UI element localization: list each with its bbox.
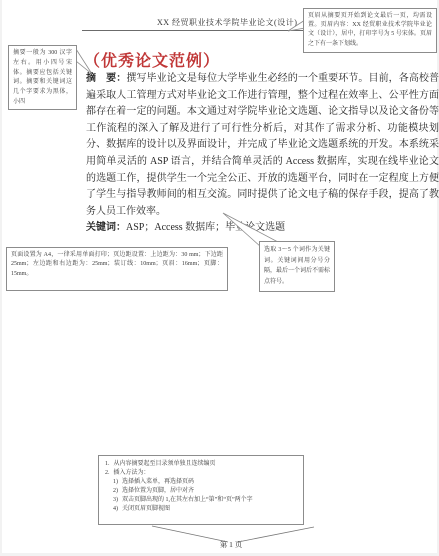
keywords-text: ASP；Access 数据库；毕业论文选题 — [126, 222, 285, 233]
page-header-title: XX 经贸职业技术学院毕业论文(设计) — [157, 17, 297, 28]
note-step-marker: 1) — [113, 478, 118, 487]
note-step: 1) 选择插入菜单，再选择页码 — [105, 478, 297, 487]
callout-header-note: 页眉从摘要页开始到论文最后一页，均需设置。页眉内容：XX 经贸职业技术学院毕业论… — [303, 8, 437, 53]
note-step: 2) 选择位置为页脚，居中对齐 — [105, 487, 297, 496]
document-page: XX 经贸职业技术学院毕业论文(设计) 页眉从摘要页开始到论文最后一页，均需设置… — [2, 0, 437, 553]
callout-header-note-text: 页眉从摘要页开始到论文最后一页，均需设置。页眉内容：XX 经贸职业技术学院毕业论… — [308, 13, 432, 47]
callout-page-setup-note: 页面设置为 A4，一律采用单面打印；页边距设置：上边距为：30 mm；下边距 2… — [6, 247, 228, 291]
note-step-marker: 4) — [113, 505, 118, 514]
callout-abstract-note-text: 摘要一般为 300 汉字左右。用小四号宋体。摘要应包括关键词。摘要和关键词这几个… — [13, 50, 72, 105]
page-number: 第 1 页 — [141, 539, 321, 550]
abstract-text: 撰写毕业论文是每位大学毕业生必经的一个重要环节。目前，各高校普遍采取人工管理方式… — [86, 73, 439, 217]
note-step-text: 选择插入菜单，再选择页码 — [122, 478, 194, 487]
doc-title: （优秀论文范例） — [84, 48, 220, 71]
callout-page-setup-note-text: 页面设置为 A4，一律采用单面打印；页边距设置：上边距为：30 mm；下边距 2… — [11, 252, 223, 277]
note-item-text: 从内容摘要起至目录须单独且连续编页 — [114, 460, 216, 469]
callout-page-number-note: 1. 从内容摘要起至目录须单独且连续编页 2. 插入方法为： 1) 选择插入菜单… — [98, 455, 304, 525]
abstract-label: 摘 要： — [86, 73, 126, 84]
note-item-marker: 2. — [105, 469, 110, 478]
note-step: 3) 双击页脚出现的 1,在其左右加上“第”和“页”两个字 — [105, 496, 297, 505]
callout-keywords-note-text: 选取 3～5 个词作为关键词。关键词间用分号分隔，最后一个词后不需标点符号。 — [264, 247, 330, 285]
note-step-text: 双击页脚出现的 1,在其左右加上“第”和“页”两个字 — [122, 496, 253, 505]
callout-keywords-note: 选取 3～5 个词作为关键词。关键词间用分号分隔，最后一个词后不需标点符号。 — [259, 241, 335, 292]
callout-abstract-note: 摘要一般为 300 汉字左右。用小四号宋体。摘要应包括关键词。摘要和关键词这几个… — [8, 45, 77, 110]
note-item: 2. 插入方法为： — [105, 469, 297, 478]
note-item: 1. 从内容摘要起至目录须单独且连续编页 — [105, 460, 297, 469]
note-step-marker: 3) — [113, 496, 118, 505]
header-underline — [82, 30, 310, 31]
note-step-text: 选择位置为页脚，居中对齐 — [122, 487, 194, 496]
note-item-marker: 1. — [105, 460, 110, 469]
keywords-label: 关键词： — [86, 222, 126, 233]
note-step-marker: 2) — [113, 487, 118, 496]
abstract-paragraph: 摘 要：撰写毕业论文是每位大学毕业生必经的一个重要环节。目前，各高校普遍采取人工… — [86, 71, 439, 220]
note-item-text: 插入方法为： — [114, 469, 150, 478]
keywords-line: 关键词：ASP；Access 数据库；毕业论文选题 — [86, 221, 439, 235]
note-step: 4) 关闭页眉页脚视图 — [105, 505, 297, 514]
note-step-text: 关闭页眉页脚视图 — [122, 505, 170, 514]
